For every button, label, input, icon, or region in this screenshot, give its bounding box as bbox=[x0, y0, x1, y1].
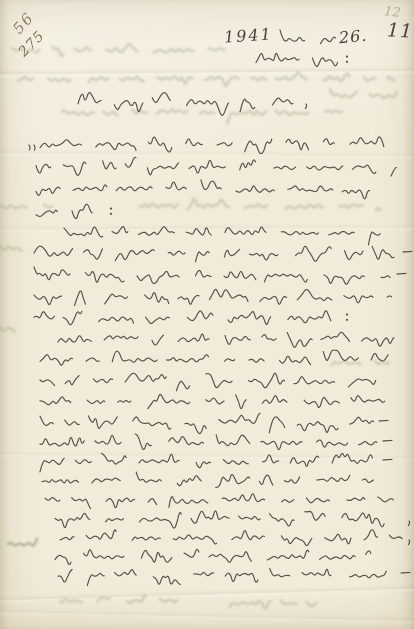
letter-page: 56 275 12 11 1941 26. bbox=[0, 0, 414, 629]
handwritten-body-text bbox=[29, 30, 412, 586]
verso-showthrough-text bbox=[0, 44, 397, 608]
handwriting-layer bbox=[0, 0, 414, 629]
